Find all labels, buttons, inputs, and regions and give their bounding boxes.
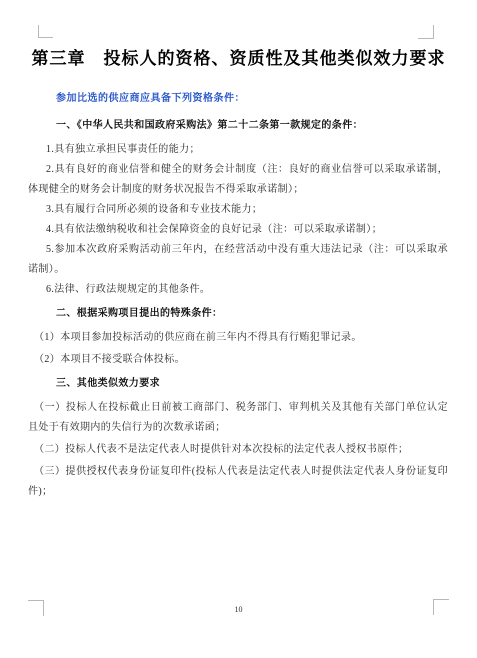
special-condition-1: （1）本项目参加投标活动的供应商在前三年内不得具有行贿犯罪记录。	[28, 328, 448, 348]
section-heading-2: 二、根据采购项目提出的特殊条件：	[28, 304, 448, 324]
crop-mark-top-right-icon	[418, 25, 434, 39]
other-requirement-3: （三）提供授权代表身份证复印件(投标人代表是法定代表人时提供法定代表人身份证复印…	[28, 462, 448, 502]
clause-5: 5.参加本次政府采购活动前三年内，在经营活动中没有重大违法记录（注：可以采取承诺…	[28, 240, 448, 280]
chapter-title: 第三章 投标人的资格、资质性及其他类似效力要求	[0, 44, 477, 69]
clause-4: 4.具有依法缴纳税收和社会保障资金的良好记录（注：可以采取承诺制）；	[28, 220, 448, 240]
other-requirement-1: （一）投标人在投标截止日前被工商部门、税务部门、审判机关及其他有关部门单位认定且…	[28, 398, 448, 438]
qualification-note: 参加比选的供应商应具备下列资格条件：	[56, 89, 245, 104]
document-page: 第三章 投标人的资格、资质性及其他类似效力要求 参加比选的供应商应具备下列资格条…	[0, 0, 477, 658]
clause-3: 3.具有履行合同所必须的设备和专业技术能力；	[28, 200, 448, 220]
page-number: 10	[0, 605, 477, 614]
clause-2: 2.具有良好的商业信誉和健全的财务会计制度（注：良好的商业信誉可以采取承诺制，体…	[28, 160, 448, 200]
clause-6: 6.法律、行政法规规定的其他条件。	[28, 280, 448, 300]
document-body: 一、《中华人民共和国政府采购法》第二十二条第一款规定的条件： 1.具有独立承担民…	[28, 112, 448, 504]
special-condition-2: （2）本项目不接受联合体投标。	[28, 350, 448, 370]
clause-1: 1.具有独立承担民事责任的能力；	[28, 140, 448, 160]
section-heading-1: 一、《中华人民共和国政府采购法》第二十二条第一款规定的条件：	[28, 116, 448, 136]
section-heading-3: 三、其他类似效力要求	[28, 374, 448, 394]
crop-mark-top-left-icon	[38, 25, 53, 38]
other-requirement-2: （二）投标人代表不是法定代表人时提供针对本次投标的法定代表人授权书原件；	[28, 440, 448, 460]
